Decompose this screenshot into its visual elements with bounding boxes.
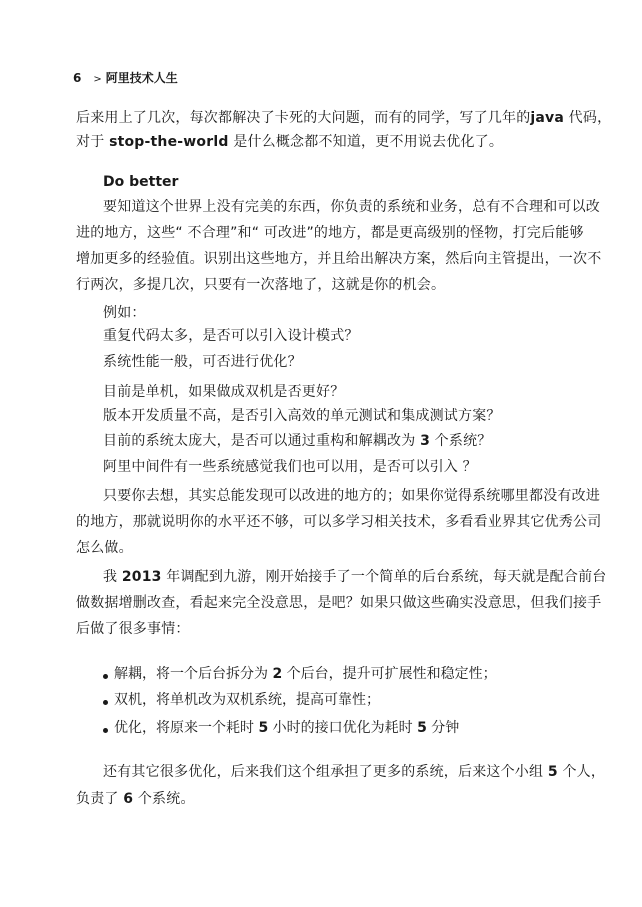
chevron-right-icon: > [93, 74, 101, 85]
paragraph-line: 行两次，多提几次，只要有一次落地了，这就是你的机会。 [76, 276, 445, 294]
intro-line-2: 对于 stop-the-world 是什么概念都不知道，更不用说去优化了。 [76, 133, 503, 151]
text: 重复代码太多，是否可以引入设计模式？ [103, 328, 359, 344]
text: 目前的系统太庞大，是否可以通过重构和解耦改为 [103, 433, 420, 449]
number: 3 [420, 433, 430, 449]
text: 年调配到九游，刚开始接手了一个简单的后台系统，每天就是配合前台 [162, 569, 607, 585]
text: 双机，将单机改为双机系统，提高可靠性； [114, 692, 380, 708]
text: 对于 [76, 134, 109, 150]
text: 个人， [558, 764, 605, 780]
text: 代码， [564, 110, 611, 126]
paragraph-line: 增加更多的经验值。识别出这些地方，并且给出解决方案，然后向主管提出，一次不 [76, 250, 601, 268]
text: 版本开发质量不高，是否引入高效的单元测试和集成测试方案？ [103, 408, 501, 424]
bullet-item: 优化，将原来一个耗时 5 小时的接口优化为耗时 5 分钟 [103, 719, 459, 737]
text: 阿里中间件有一些系统感觉我们也可以用，是否可以引入 ？ [103, 459, 477, 475]
text: 个系统。 [133, 791, 194, 807]
inline-code: stop-the-world [109, 134, 229, 150]
text: 解耦，将一个后台拆分为 [114, 666, 272, 682]
number: 6 [123, 791, 133, 807]
running-header: 6>阿里技术人生 [73, 70, 178, 88]
paragraph-line: 只要你去想，其实总能发现可以改进的地方的；如果你觉得系统哪里都没有改进 [103, 487, 600, 505]
text: 是什么概念都不知道，更不用说去优化了。 [229, 134, 503, 150]
paragraph-line: 做数据增删改查，看起来完全没意思，是吧？如果只做这些确实没意思，但我们接手 [76, 594, 601, 612]
text: 还有其它很多优化，后来我们这个组承担了更多的系统，后来这个小组 [103, 764, 548, 780]
text: 个系统？ [430, 433, 491, 449]
paragraph-line: 还有其它很多优化，后来我们这个组承担了更多的系统，后来这个小组 5 个人， [103, 763, 605, 781]
example-item: 重复代码太多，是否可以引入设计模式？ [103, 327, 359, 345]
text: 负责了 [76, 791, 123, 807]
paragraph-line: 后做了很多事情： [76, 620, 190, 638]
example-item: 目前的系统太庞大，是否可以通过重构和解耦改为 3 个系统？ [103, 432, 491, 450]
paragraph-line: 负责了 6 个系统。 [76, 790, 195, 808]
paragraph-line: 我 2013 年调配到九游，刚开始接手了一个简单的后台系统，每天就是配合前台 [103, 568, 606, 586]
example-item: 目前是单机，如果做成双机是否更好？ [103, 383, 344, 401]
bullet-item: 解耦，将一个后台拆分为 2 个后台，提升可扩展性和稳定性； [103, 665, 497, 683]
paragraph-line: 怎么做。 [76, 539, 133, 557]
text: 系统性能一般，可否进行优化？ [103, 354, 302, 370]
text: 优化，将原来一个耗时 [114, 720, 258, 736]
example-item: 阿里中间件有一些系统感觉我们也可以用，是否可以引入 ？ [103, 458, 477, 476]
paragraph-line: 进的地方，这些“ 不合理”和“ 可改进”的地方，都是更高级别的怪物，打完后能够 [76, 224, 584, 242]
year: 2013 [122, 569, 162, 585]
text: 我 [103, 569, 122, 585]
section-heading: Do better [103, 173, 178, 191]
paragraph-line: 要知道这个世界上没有完美的东西，你负责的系统和业务，总有不合理和可以改 [103, 198, 600, 216]
example-label: 例如： [103, 304, 146, 322]
number: 5 [417, 720, 427, 736]
example-item: 版本开发质量不高，是否引入高效的单元测试和集成测试方案？ [103, 407, 501, 425]
bullet-icon [103, 674, 108, 679]
text: 分钟 [427, 720, 459, 736]
number: 5 [548, 764, 558, 780]
intro-line-1: 后来用上了几次，每次都解决了卡死的大问题，而有的同学，写了几年的java 代码， [76, 109, 611, 127]
text: 个后台，提升可扩展性和稳定性； [282, 666, 496, 682]
text: 后来用上了几次，每次都解决了卡死的大问题，而有的同学，写了几年的 [76, 110, 530, 126]
bullet-icon [103, 728, 108, 733]
bullet-icon [103, 700, 108, 705]
page-number: 6 [73, 71, 81, 85]
inline-code: java [530, 110, 564, 126]
number: 2 [272, 666, 282, 682]
paragraph-line: 的地方，那就说明你的水平还不够，可以多学习相关技术，多看看业界其它优秀公司 [76, 513, 601, 531]
chapter-title: 阿里技术人生 [106, 71, 178, 85]
text: 小时的接口优化为耗时 [268, 720, 417, 736]
text: 目前是单机，如果做成双机是否更好？ [103, 384, 344, 400]
number: 5 [258, 720, 268, 736]
bullet-item: 双机，将单机改为双机系统，提高可靠性； [103, 691, 380, 709]
example-item: 系统性能一般，可否进行优化？ [103, 353, 302, 371]
